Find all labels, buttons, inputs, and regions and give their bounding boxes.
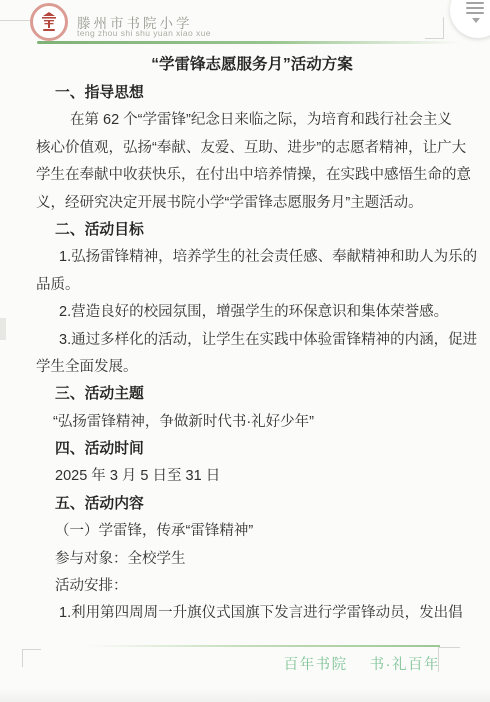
- doc-line: （一）学雷锋，传承“雷锋精神”: [36, 518, 468, 545]
- crop-mark-top-right: [443, 17, 444, 39]
- crop-mark-top-left: [0, 20, 30, 21]
- doc-line: 2.营造良好的校园氛围，增强学生的环保意识和集体荣誉感。: [36, 299, 468, 326]
- doc-line: 参与对象：全校学生: [36, 546, 468, 573]
- crop-mark-bottom-left-h: [22, 649, 41, 650]
- section-heading: 二、活动目标: [36, 217, 468, 244]
- doc-line: 学生全面发展。: [36, 354, 468, 381]
- section-heading: 一、指导思想: [36, 80, 468, 107]
- bottom-scan-shadow: [0, 688, 490, 702]
- crop-mark-bottom-right: [438, 647, 439, 672]
- section-heading: 四、活动时间: [36, 436, 468, 463]
- doc-line: 1.利用第四周周一升旗仪式国旗下发言进行学雷锋动员，发出倡: [36, 600, 468, 627]
- doc-line: 学生在奉献中收获快乐，在付出中培养情操，在实践中感悟生命的意: [36, 162, 468, 189]
- scan-artifact: [0, 318, 6, 340]
- school-logo-seal-icon: [30, 3, 68, 41]
- footer-slogan-left: 百年书院: [284, 657, 348, 673]
- school-name-pinyin: teng zhou shi shu yuan xiao xue: [77, 28, 211, 38]
- document-title: “学雷锋志愿服务月”活动方案: [36, 50, 468, 80]
- doc-line: 3.通过多样化的活动，让学生在实践中体验雷锋精神的内涵，促进: [36, 327, 468, 354]
- page-header: 滕州市书院小学 teng zhou shi shu yuan xiao xue: [0, 0, 490, 46]
- doc-line: 义，经研究决定开展书院小学“学雷锋志愿服务月”主题活动。: [36, 190, 468, 217]
- section-heading: 三、活动主题: [36, 381, 468, 408]
- crop-mark-top-right-h: [425, 38, 444, 39]
- doc-line: 在第 62 个“学雷锋”纪念日来临之际，为培育和践行社会主义: [36, 107, 468, 134]
- section-heading: 五、活动内容: [36, 491, 468, 518]
- doc-line: 1.弘扬雷锋精神，培养学生的社会责任感、奉献精神和助人为乐的: [36, 244, 468, 271]
- doc-line: 核心价值观，弘扬“奉献、友爱、互助、进步”的志愿者精神，让广大: [36, 135, 468, 162]
- footer-accent-line: [88, 645, 440, 647]
- crop-mark-bottom-right-h: [438, 647, 460, 648]
- floating-menu-button[interactable]: [450, 0, 490, 38]
- doc-line: 活动安排：: [36, 573, 468, 600]
- doc-line: 2025 年 3 月 5 日至 31 日: [36, 463, 468, 490]
- crop-mark-bottom-left: [22, 649, 23, 667]
- footer-slogan: 百年书院书·礼百年: [284, 653, 440, 674]
- header-accent-line: [37, 41, 461, 44]
- pavilion-icon: [39, 11, 59, 33]
- caret-down-icon: [472, 18, 480, 23]
- hamburger-menu-icon: [466, 2, 484, 17]
- doc-line: “弘扬雷锋精神，争做新时代书·礼好少年”: [36, 409, 468, 436]
- footer-slogan-right: 书·礼百年: [370, 657, 440, 673]
- document-page: “学雷锋志愿服务月”活动方案 一、指导思想 在第 62 个“学雷锋”纪念日来临之…: [36, 50, 468, 628]
- doc-line: 品质。: [36, 272, 468, 299]
